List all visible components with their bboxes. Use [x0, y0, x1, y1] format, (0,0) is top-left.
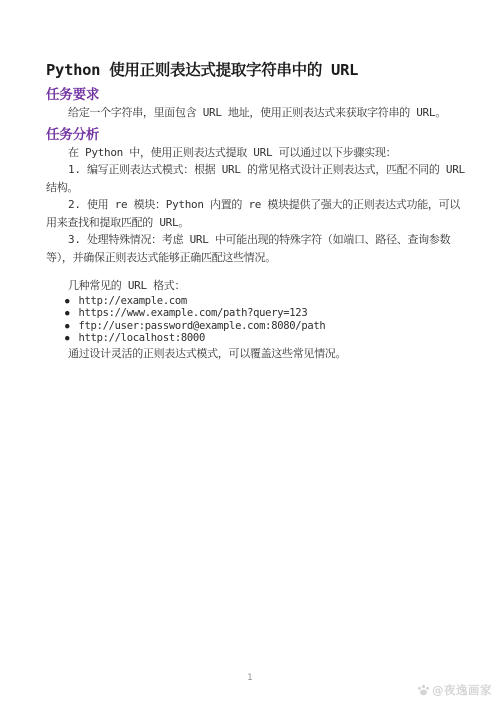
page-number: 1: [247, 673, 252, 683]
analysis-step-1: 1. 编写正则表达式模式：根据 URL 的常见格式设计正则表达式，匹配不同的 U…: [46, 161, 466, 196]
list-item: ● http://example.com: [65, 295, 468, 308]
analysis-step-2: 2. 使用 re 模块：Python 内置的 re 模块提供了强大的正则表达式功…: [46, 196, 466, 231]
section-heading-requirements: 任务要求: [46, 86, 468, 104]
url-example-https-query: https://www.example.com/path?query=123: [79, 307, 308, 320]
bullet-icon: ●: [65, 307, 70, 320]
analysis-intro-paragraph: 在 Python 中，使用正则表达式提取 URL 可以通过以下步骤实现：: [46, 144, 466, 162]
analysis-step-3: 3. 处理特殊情况：考虑 URL 中可能出现的特殊字符（如端口、路径、查询参数等…: [46, 231, 466, 266]
watermark: @夜逸画家: [417, 682, 492, 698]
url-format-list: ● http://example.com ● https://www.examp…: [46, 295, 468, 345]
url-formats-intro: 几种常见的 URL 格式：: [46, 277, 466, 295]
page-title: Python 使用正则表达式提取字符串中的 URL: [46, 60, 468, 81]
url-example-http: http://example.com: [79, 295, 187, 308]
url-example-ftp: ftp://user:password@example.com:8080/pat…: [79, 320, 326, 333]
analysis-closing-paragraph: 通过设计灵活的正则表达式模式，可以覆盖这些常见情况。: [46, 345, 466, 363]
requirements-paragraph: 给定一个字符串，里面包含 URL 地址，使用正则表达式来获取字符串的 URL。: [46, 104, 466, 122]
watermark-handle: @夜逸画家: [432, 682, 492, 698]
bullet-icon: ●: [65, 295, 70, 308]
list-item: ● https://www.example.com/path?query=123: [65, 307, 468, 320]
list-item: ● ftp://user:password@example.com:8080/p…: [65, 320, 468, 333]
url-example-localhost: http://localhost:8000: [79, 332, 205, 345]
list-item: ● http://localhost:8000: [65, 332, 468, 345]
paw-icon: [417, 684, 430, 696]
bullet-icon: ●: [65, 320, 70, 333]
section-heading-analysis: 任务分析: [46, 126, 468, 144]
bullet-icon: ●: [65, 332, 70, 345]
document-page: Python 使用正则表达式提取字符串中的 URL 任务要求 给定一个字符串，里…: [0, 0, 500, 707]
